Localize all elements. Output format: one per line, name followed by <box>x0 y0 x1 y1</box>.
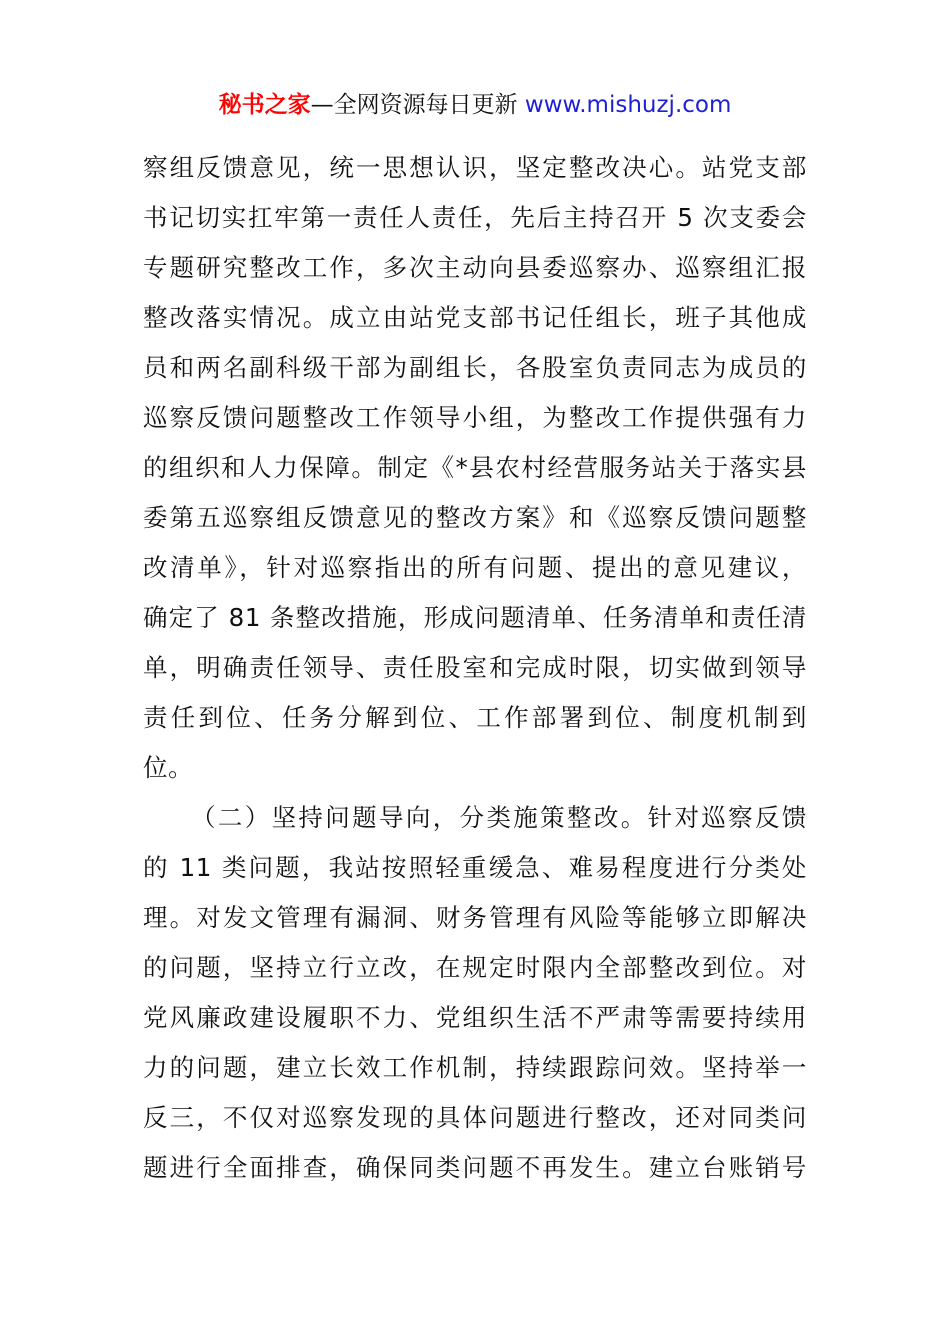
site-header: 秘书之家—全网资源每日更新 www.mishuzj.com <box>0 88 950 122</box>
text-line: 责任到位、任务分解到位、工作部署到位、制度机制到 <box>143 693 807 743</box>
text-line: 委第五巡察组反馈意见的整改方案》和《巡察反馈问题整 <box>143 493 807 543</box>
text-line: 整改落实情况。成立由站党支部书记任组长，班子其他成 <box>143 293 807 343</box>
text-line: 的组织和人力保障。制定《*县农村经营服务站关于落实县 <box>143 443 807 493</box>
text-line: 的 11 类问题，我站按照轻重缓急、难易程度进行分类处 <box>143 843 807 893</box>
brand-name: 秘书之家 <box>219 92 311 118</box>
text-line: 理。对发文管理有漏洞、财务管理有风险等能够立即解决 <box>143 893 807 943</box>
text-line: 员和两名副科级干部为副组长，各股室负责同志为成员的 <box>143 343 807 393</box>
text-line: 力的问题，建立长效工作机制，持续跟踪问效。坚持举一 <box>143 1043 807 1093</box>
header-tagline: —全网资源每日更新 <box>311 92 525 118</box>
text-line: 单，明确责任领导、责任股室和完成时限，切实做到领导 <box>143 643 807 693</box>
text-line: 党风廉政建设履职不力、党组织生活不严肃等需要持续用 <box>143 993 807 1043</box>
text-line: 位。 <box>143 743 807 793</box>
text-line: 改清单》，针对巡察指出的所有问题、提出的意见建议， <box>143 543 807 593</box>
site-url-link[interactable]: www.mishuzj.com <box>525 92 731 118</box>
text-line: 专题研究整改工作，多次主动向县委巡察办、巡察组汇报 <box>143 243 807 293</box>
text-line: 书记切实扛牢第一责任人责任，先后主持召开 5 次支委会 <box>143 193 807 243</box>
document-body: 察组反馈意见，统一思想认识，坚定整改决心。站党支部 书记切实扛牢第一责任人责任，… <box>143 143 807 1193</box>
text-line: 察组反馈意见，统一思想认识，坚定整改决心。站党支部 <box>143 143 807 193</box>
text-line: 题进行全面排查，确保同类问题不再发生。建立台账销号 <box>143 1143 807 1193</box>
text-line: 巡察反馈问题整改工作领导小组，为整改工作提供强有力 <box>143 393 807 443</box>
text-line: 反三，不仅对巡察发现的具体问题进行整改，还对同类问 <box>143 1093 807 1143</box>
text-line: 的问题，坚持立行立改，在规定时限内全部整改到位。对 <box>143 943 807 993</box>
section-heading-line: （二）坚持问题导向，分类施策整改。针对巡察反馈 <box>143 793 807 843</box>
text-line: 确定了 81 条整改措施，形成问题清单、任务清单和责任清 <box>143 593 807 643</box>
